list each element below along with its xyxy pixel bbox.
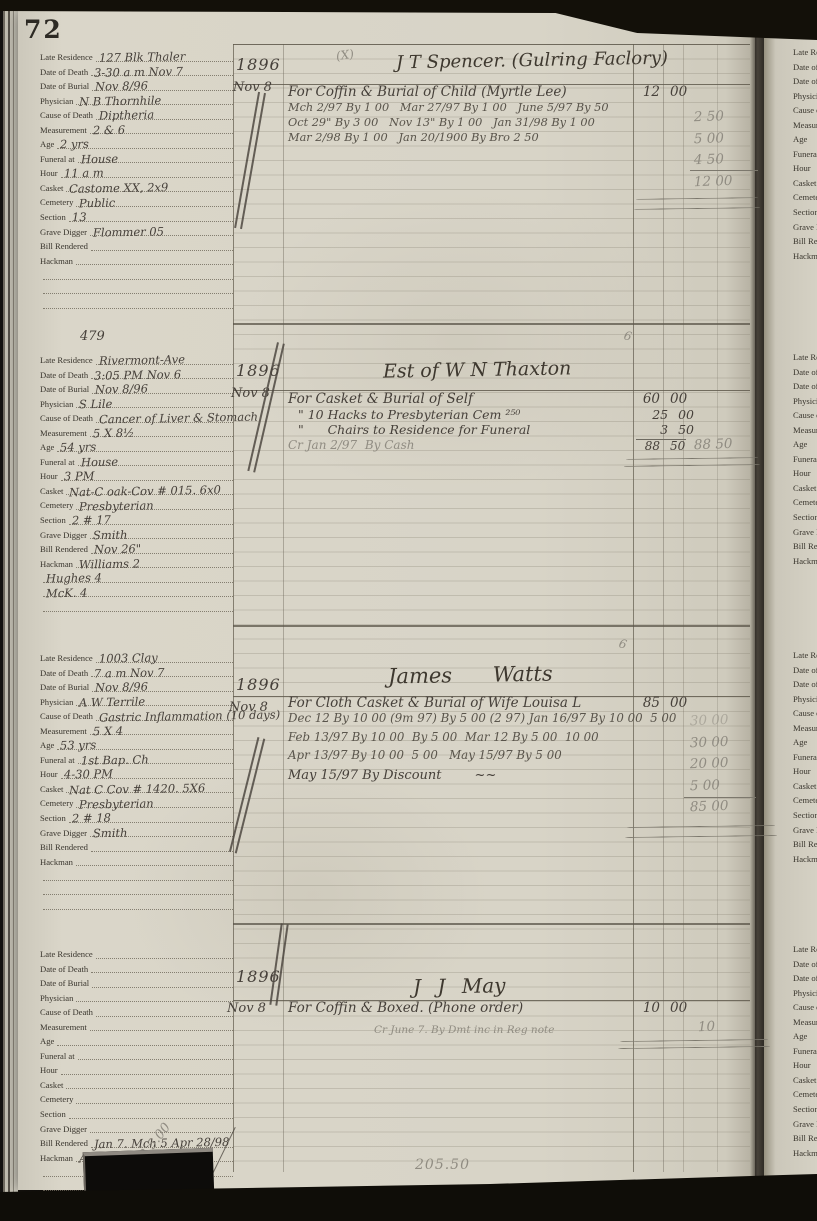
field-label: Late Residence	[40, 53, 93, 62]
record-separator	[233, 44, 750, 45]
entry-lines: For Casket & Burial of Self" 10 Hacks to…	[288, 393, 638, 454]
field-rule	[96, 943, 233, 959]
next-page-labels: Late ResidenceDate of DeathDate of Buria…	[793, 944, 817, 1162]
field-row: Measurement	[40, 1017, 233, 1032]
field-row: CasketNat-C oak-Cov # 015. 6x0	[40, 481, 233, 496]
amount-column: 1000	[636, 1002, 694, 1040]
field-rule: House	[78, 451, 233, 467]
field-label: Hour	[793, 163, 817, 178]
field-label: Late Residence	[40, 654, 93, 663]
record-separator	[233, 923, 750, 925]
field-rule	[91, 235, 233, 251]
entry-lines: For Coffin & Burial of Child (Myrtle Lee…	[288, 86, 638, 147]
field-label: Casket	[40, 1081, 63, 1090]
field-label: Grave Digger	[793, 1119, 817, 1134]
field-rule	[76, 987, 233, 1003]
book-spine-edge	[0, 0, 18, 1221]
field-rule	[43, 894, 233, 910]
field-row: Late Residence1003 Clay	[40, 648, 233, 663]
field-label: Section	[793, 810, 817, 825]
amount-dollars: 12	[636, 86, 660, 102]
field-row	[40, 597, 233, 612]
field-rule: Nat C Cov # 1420. 5X6	[66, 778, 233, 794]
field-row: Hughes 4	[40, 568, 233, 583]
entry-heading: Est of W N Thaxton	[383, 357, 572, 382]
field-label: Section	[793, 1104, 817, 1119]
field-row: Bill Rendered	[40, 837, 233, 852]
field-label: Cemetery	[793, 795, 817, 810]
field-label: Age	[793, 439, 817, 454]
entry-heading: J J May	[413, 973, 506, 999]
field-label: Date of Death	[793, 959, 817, 974]
field-rule: Nov 8/96	[92, 676, 233, 692]
field-label: Age	[40, 140, 54, 149]
record-fields: Late Residence1003 ClayDate of Death7 a …	[40, 648, 233, 910]
amount: 1200	[636, 86, 694, 102]
field-row: Cause of Death	[40, 1002, 233, 1017]
field-label: Cause of Death	[793, 1002, 817, 1017]
field-row: Grave DiggerFlommer 05	[40, 222, 233, 237]
field-rule: Nov 8/96	[92, 75, 233, 91]
field-label: Date of Death	[40, 68, 88, 77]
field-label: Age	[793, 1031, 817, 1046]
field-label: Grave Digger	[793, 825, 817, 840]
field-label: Funeral at	[793, 454, 817, 469]
field-row: Grave DiggerSmith	[40, 525, 233, 540]
field-rule: Rivermont-Ave	[96, 349, 233, 365]
field-rule	[69, 1103, 233, 1119]
amount-cents: 00	[670, 86, 687, 102]
pencil-amount-column: 30 0030 0020 005 0085 00	[690, 714, 760, 822]
entry-line: May 15/97 By Discount ~~	[288, 769, 638, 788]
field-label: Physician	[40, 698, 73, 707]
amount	[636, 769, 694, 788]
field-label: Casket	[40, 785, 63, 794]
pencil-amount: 12 00	[694, 173, 765, 197]
field-label: Grave Digger	[40, 228, 87, 237]
field-row: Section	[40, 1104, 233, 1119]
field-rule: 3:05 PM Nov 6	[91, 364, 233, 380]
field-label: Hackman	[793, 251, 817, 266]
next-page-labels: Late ResidenceDate of DeathDate of Buria…	[793, 47, 817, 265]
field-label: Hour	[40, 770, 58, 779]
total-rule	[690, 170, 758, 171]
field-rule	[76, 250, 233, 266]
field-rule: Presbyterian	[76, 792, 233, 808]
field-label: Date of Death	[40, 669, 88, 678]
field-row: Late ResidenceRivermont-Ave	[40, 350, 233, 365]
field-rule: Flommer 05	[90, 221, 233, 237]
field-row	[40, 866, 233, 881]
field-label: Measurement	[793, 120, 817, 135]
field-row: PhysicianN B Thornhile	[40, 91, 233, 106]
field-rule: S Lile	[76, 393, 233, 409]
field-row: Section2 # 18	[40, 808, 233, 823]
record-separator	[233, 625, 750, 627]
field-rule: 7 a m Nov 7	[91, 662, 233, 678]
field-rule	[91, 958, 233, 974]
field-row: Date of BurialNov 8/96	[40, 379, 233, 394]
field-rule: 2 # 18	[69, 807, 233, 823]
field-row: Date of Death	[40, 959, 233, 974]
field-label: Section	[40, 814, 66, 823]
field-row: Age53 yrs	[40, 735, 233, 750]
field-rule: N B Thornhile	[76, 90, 233, 106]
field-rule: Gastric Inflammation (10 days)	[96, 705, 233, 721]
field-row: PhysicianS Lile	[40, 394, 233, 409]
page-number: 72	[24, 15, 63, 44]
field-rule	[66, 1074, 233, 1090]
field-row: Hour11 a m	[40, 163, 233, 178]
field-label: Hour	[40, 1066, 58, 1075]
field-label: Date of Burial	[793, 76, 817, 91]
field-label: Cause of Death	[40, 111, 93, 120]
field-row: CasketNat C Cov # 1420. 5X6	[40, 779, 233, 794]
field-row: Hackman	[40, 852, 233, 867]
field-label: Cemetery	[793, 192, 817, 207]
field-rule: House	[78, 148, 233, 164]
pencil-amount: 85 00	[690, 799, 761, 823]
field-row: Hour3 PM	[40, 466, 233, 481]
entry-heading: James Watts	[388, 662, 553, 689]
field-label: Age	[793, 737, 817, 752]
amount	[636, 132, 694, 147]
field-label: Physician	[793, 91, 817, 106]
entry-lines: For Coffin & Boxed. (Phone order)Cr June…	[288, 1002, 638, 1040]
amount	[636, 732, 694, 751]
street-number: 479	[80, 330, 105, 343]
field-label: Physician	[793, 988, 817, 1003]
field-rule: 53 yrs	[57, 734, 233, 750]
column-rule	[717, 44, 718, 1172]
photo-background: 72 6 Late Residence127 Blk ThalerDate of…	[0, 0, 817, 1221]
field-rule: A W Terrile	[76, 691, 233, 707]
entry-line: Cr Jan 2/97 By Cash	[288, 439, 638, 454]
field-label: Hackman	[793, 854, 817, 869]
field-row: Date of Death3:05 PM Nov 6	[40, 365, 233, 380]
field-row: Age2 yrs	[40, 134, 233, 149]
entry-line: Dec 12 By 10 00 (9m 97) By 5 00 (2 97) J…	[288, 713, 638, 732]
pencil-note: (X)	[335, 48, 354, 62]
field-row: Grave Digger	[40, 1119, 233, 1134]
field-label: Casket	[793, 483, 817, 498]
field-row	[40, 294, 233, 309]
field-rule	[96, 1001, 233, 1017]
field-rule: Hughes 4	[43, 567, 233, 583]
field-label: Physician	[40, 97, 73, 106]
field-rule	[43, 293, 233, 309]
field-rule	[43, 880, 233, 896]
record-fields: Late ResidenceRivermont-AveDate of Death…	[40, 350, 233, 612]
field-rule	[78, 1045, 233, 1061]
record-separator	[233, 323, 750, 325]
field-label: Cause of Death	[40, 414, 93, 423]
field-label: Date of Burial	[793, 973, 817, 988]
field-rule: Cancer of Liver & Stomach	[96, 407, 233, 423]
field-row: Bill RenderedNov 26"	[40, 539, 233, 554]
field-row	[40, 280, 233, 295]
field-row	[40, 265, 233, 280]
field-rule	[43, 596, 233, 612]
field-row: Bill RenderedJan 7. Mch 5 Apr 28/98	[40, 1133, 233, 1148]
amount-cents: 00	[670, 1002, 687, 1018]
field-label: Late Residence	[793, 944, 817, 959]
entry-year: 1896	[236, 675, 281, 694]
field-label: Section	[40, 213, 66, 222]
field-rule	[43, 279, 233, 295]
field-label: Section	[40, 516, 66, 525]
field-rule: 3 PM	[61, 465, 233, 481]
field-row: Age54 yrs	[40, 437, 233, 452]
field-rule	[43, 865, 233, 881]
field-label: Cause of Death	[793, 105, 817, 120]
pencil-amount: 20 00	[690, 756, 761, 780]
field-label: Casket	[40, 487, 63, 496]
field-label: Cause of Death	[793, 410, 817, 425]
field-label: Age	[40, 443, 54, 452]
amount-dollars: 85	[636, 697, 660, 713]
field-label: Late Residence	[793, 47, 817, 62]
field-row: Casket	[40, 1075, 233, 1090]
field-row: Measurement5 X 4	[40, 721, 233, 736]
field-row	[40, 881, 233, 896]
field-label: Bill Rendered	[793, 839, 817, 854]
field-label: Grave Digger	[40, 829, 87, 838]
field-row: Date of Death3-30 a m Nov 7	[40, 62, 233, 77]
entry-line: Apr 13/97 By 10 00 5 00 May 15/97 By 5 0…	[288, 750, 638, 769]
field-label: Age	[793, 134, 817, 149]
field-row: Measurement5 X 8½	[40, 423, 233, 438]
amount: 8850	[636, 439, 686, 455]
entry-year: 1896	[236, 55, 281, 74]
amount: 8500	[636, 697, 694, 713]
field-label: Hackman	[793, 1148, 817, 1163]
entry-line: Mar 2/98 By 1 00 Jan 20/1900 By Bro 2 50	[288, 132, 638, 147]
field-label: Date of Death	[793, 62, 817, 77]
field-label: Age	[40, 1037, 54, 1046]
field-rule: 3-30 a m Nov 7	[91, 61, 233, 77]
field-label: Hour	[793, 468, 817, 483]
field-row: Date of Burial	[40, 973, 233, 988]
field-row: Date of Death7 a m Nov 7	[40, 663, 233, 678]
amount-column: 600025003508850	[636, 393, 694, 455]
amount-dollars: 88	[636, 440, 660, 455]
field-label: Casket	[793, 178, 817, 193]
field-label: Grave Digger	[40, 1125, 87, 1134]
amount	[636, 750, 694, 769]
field-label: Date of Burial	[793, 381, 817, 396]
field-row: Age	[40, 1031, 233, 1046]
field-rule: Williams 2	[76, 553, 233, 569]
amount-dollars: 10	[636, 1002, 660, 1018]
amount	[636, 713, 694, 732]
field-label: Cause of Death	[40, 1008, 93, 1017]
field-rule	[43, 264, 233, 280]
field-row: PhysicianA W Terrile	[40, 692, 233, 707]
bottom-total: 205.50	[415, 1158, 470, 1172]
entry-line: For Coffin & Burial of Child (Myrtle Lee…	[288, 86, 638, 102]
field-label: Bill Rendered	[793, 1133, 817, 1148]
entry-line: Mch 2/97 By 1 00 Mar 27/97 By 1 00 June …	[288, 102, 638, 117]
field-label: Cause of Death	[40, 712, 93, 721]
field-row: Section2 # 17	[40, 510, 233, 525]
field-label: Grave Digger	[793, 222, 817, 237]
field-row: Cemetery	[40, 1089, 233, 1104]
field-row: Bill Rendered	[40, 236, 233, 251]
field-label: Late Residence	[793, 650, 817, 665]
field-label: Physician	[40, 400, 73, 409]
amount: 350	[636, 424, 694, 439]
field-rule	[76, 1088, 233, 1104]
field-label: Date of Death	[40, 965, 88, 974]
field-label: Hour	[40, 472, 58, 481]
field-rule: 4-30 PM	[61, 763, 233, 779]
field-rule: 2 yrs	[57, 133, 233, 149]
field-rule	[90, 1016, 233, 1032]
field-label: Date of Death	[40, 371, 88, 380]
field-rule: Smith	[90, 822, 233, 838]
amount	[636, 117, 694, 132]
field-row: Funeral at	[40, 1046, 233, 1061]
field-row: Grave DiggerSmith	[40, 823, 233, 838]
field-label: Date of Death	[793, 665, 817, 680]
field-rule: Presbyterian	[76, 494, 233, 510]
field-row: Late Residence	[40, 944, 233, 959]
record-fields: Late Residence127 Blk ThalerDate of Deat…	[40, 47, 233, 309]
field-label: Late Residence	[793, 352, 817, 367]
field-rule	[61, 1059, 233, 1075]
entry-line: For Coffin & Boxed. (Phone order)	[288, 1002, 638, 1018]
field-row: Date of BurialNov 8/96	[40, 76, 233, 91]
field-label: Bill Rendered	[793, 236, 817, 251]
field-row: Cause of DeathGastric Inflammation (10 d…	[40, 706, 233, 721]
field-label: Funeral at	[793, 1046, 817, 1061]
field-rule: 2 # 17	[69, 509, 233, 525]
field-label: Casket	[793, 781, 817, 796]
field-rule: McK. 4	[43, 582, 233, 598]
field-rule: 54 yrs	[57, 436, 233, 452]
next-page-labels: Late ResidenceDate of DeathDate of Buria…	[793, 352, 817, 570]
field-label: Physician	[40, 994, 73, 1003]
field-row: Hackman	[40, 251, 233, 266]
entry-date: Nov 8	[229, 700, 268, 715]
entry-line: " Chairs to Residence for Funeral	[288, 424, 638, 439]
field-label: Hour	[793, 766, 817, 781]
entry-lines: For Cloth Casket & Burial of Wife Louisa…	[288, 697, 638, 788]
field-rule: Smith	[90, 524, 233, 540]
field-rule	[92, 972, 233, 988]
amount-dollars: 3	[646, 424, 668, 439]
field-label: Measurement	[793, 425, 817, 440]
field-label: Physician	[793, 396, 817, 411]
pencil-amount: 5 00	[694, 130, 765, 154]
field-label: Cemetery	[793, 497, 817, 512]
field-row: Date of BurialNov 8/96	[40, 677, 233, 692]
entry-line: Oct 29" By 3 00 Nov 13" By 1 00 Jan 31/9…	[288, 117, 638, 132]
field-rule: Nat-C oak-Cov # 015. 6x0	[66, 480, 233, 496]
field-rule: 11 a m	[61, 162, 233, 178]
field-row: Hour4-30 PM	[40, 764, 233, 779]
field-row: Cause of DeathCancer of Liver & Stomach	[40, 408, 233, 423]
field-label: Casket	[793, 1075, 817, 1090]
field-row: HackmanWilliams 2	[40, 554, 233, 569]
amount-column: 1200	[636, 86, 694, 147]
field-row: McK. 4	[40, 583, 233, 598]
field-label: Section	[793, 512, 817, 527]
field-rule: Nov 8/96	[92, 378, 233, 394]
entry-line: Cr June 7. By Dmt inc in Reg note	[288, 1025, 638, 1040]
field-label: Cause of Death	[793, 708, 817, 723]
field-rule: Castome XX, 2x9	[66, 177, 233, 193]
pencil-amount: 2 50	[694, 109, 765, 133]
field-label: Funeral at	[793, 752, 817, 767]
field-label: Hackman	[793, 556, 817, 571]
field-row: Section13	[40, 207, 233, 222]
amount-cents: 00	[670, 697, 687, 713]
amount: 1000	[636, 1002, 694, 1018]
field-label: Measurement	[793, 1017, 817, 1032]
field-label: Hour	[40, 169, 58, 178]
field-rule: 5 X 8½	[90, 422, 233, 438]
field-row: Measurement2 & 6	[40, 120, 233, 135]
field-label: Date of Death	[793, 367, 817, 382]
field-row: Hour	[40, 1060, 233, 1075]
field-row: Cause of DeathDiptheria	[40, 105, 233, 120]
field-row: Physician	[40, 988, 233, 1003]
field-label: Hour	[793, 1060, 817, 1075]
amount-cents: 50	[670, 440, 685, 455]
total-rule	[684, 797, 756, 798]
field-rule: 5 X 4	[90, 720, 233, 736]
next-page-labels: Late ResidenceDate of DeathDate of Buria…	[793, 650, 817, 868]
field-label: Late Residence	[40, 950, 93, 959]
field-rule	[76, 851, 233, 867]
pencil-amount-column: 2 505 004 5012 00	[694, 110, 764, 196]
field-rule: Public	[76, 191, 233, 207]
field-rule: 13	[69, 206, 233, 222]
amount-column: 8500	[636, 697, 694, 788]
field-label: Cemetery	[793, 1089, 817, 1104]
entry-date: Nov 8	[227, 1001, 266, 1016]
field-label: Grave Digger	[793, 527, 817, 542]
field-value: 13	[72, 212, 87, 224]
field-label: Bill Rendered	[793, 541, 817, 556]
field-row	[40, 895, 233, 910]
field-rule: Nov 26"	[91, 538, 233, 554]
field-rule: 1st Bap. Ch	[78, 749, 233, 765]
field-label: Date of Burial	[793, 679, 817, 694]
field-row: CasketCastome XX, 2x9	[40, 178, 233, 193]
field-rule: 2 & 6	[90, 119, 233, 135]
amount	[636, 102, 694, 117]
field-label: Measurement	[793, 723, 817, 738]
field-label: Grave Digger	[40, 531, 87, 540]
field-rule	[91, 836, 233, 852]
field-row: Late Residence127 Blk Thaler	[40, 47, 233, 62]
field-rule: Diptheria	[96, 104, 233, 120]
field-label: Casket	[40, 184, 63, 193]
field-label: Section	[793, 207, 817, 222]
field-label: Age	[40, 741, 54, 750]
field-rule: 1003 Clay	[96, 647, 233, 663]
field-label: Section	[40, 1110, 66, 1119]
field-label: Physician	[793, 694, 817, 709]
field-label: Funeral at	[793, 149, 817, 164]
field-rule: 127 Blk Thaler	[96, 46, 233, 62]
amount-cents: 50	[678, 424, 694, 439]
field-rule	[57, 1030, 233, 1046]
field-label: Late Residence	[40, 356, 93, 365]
